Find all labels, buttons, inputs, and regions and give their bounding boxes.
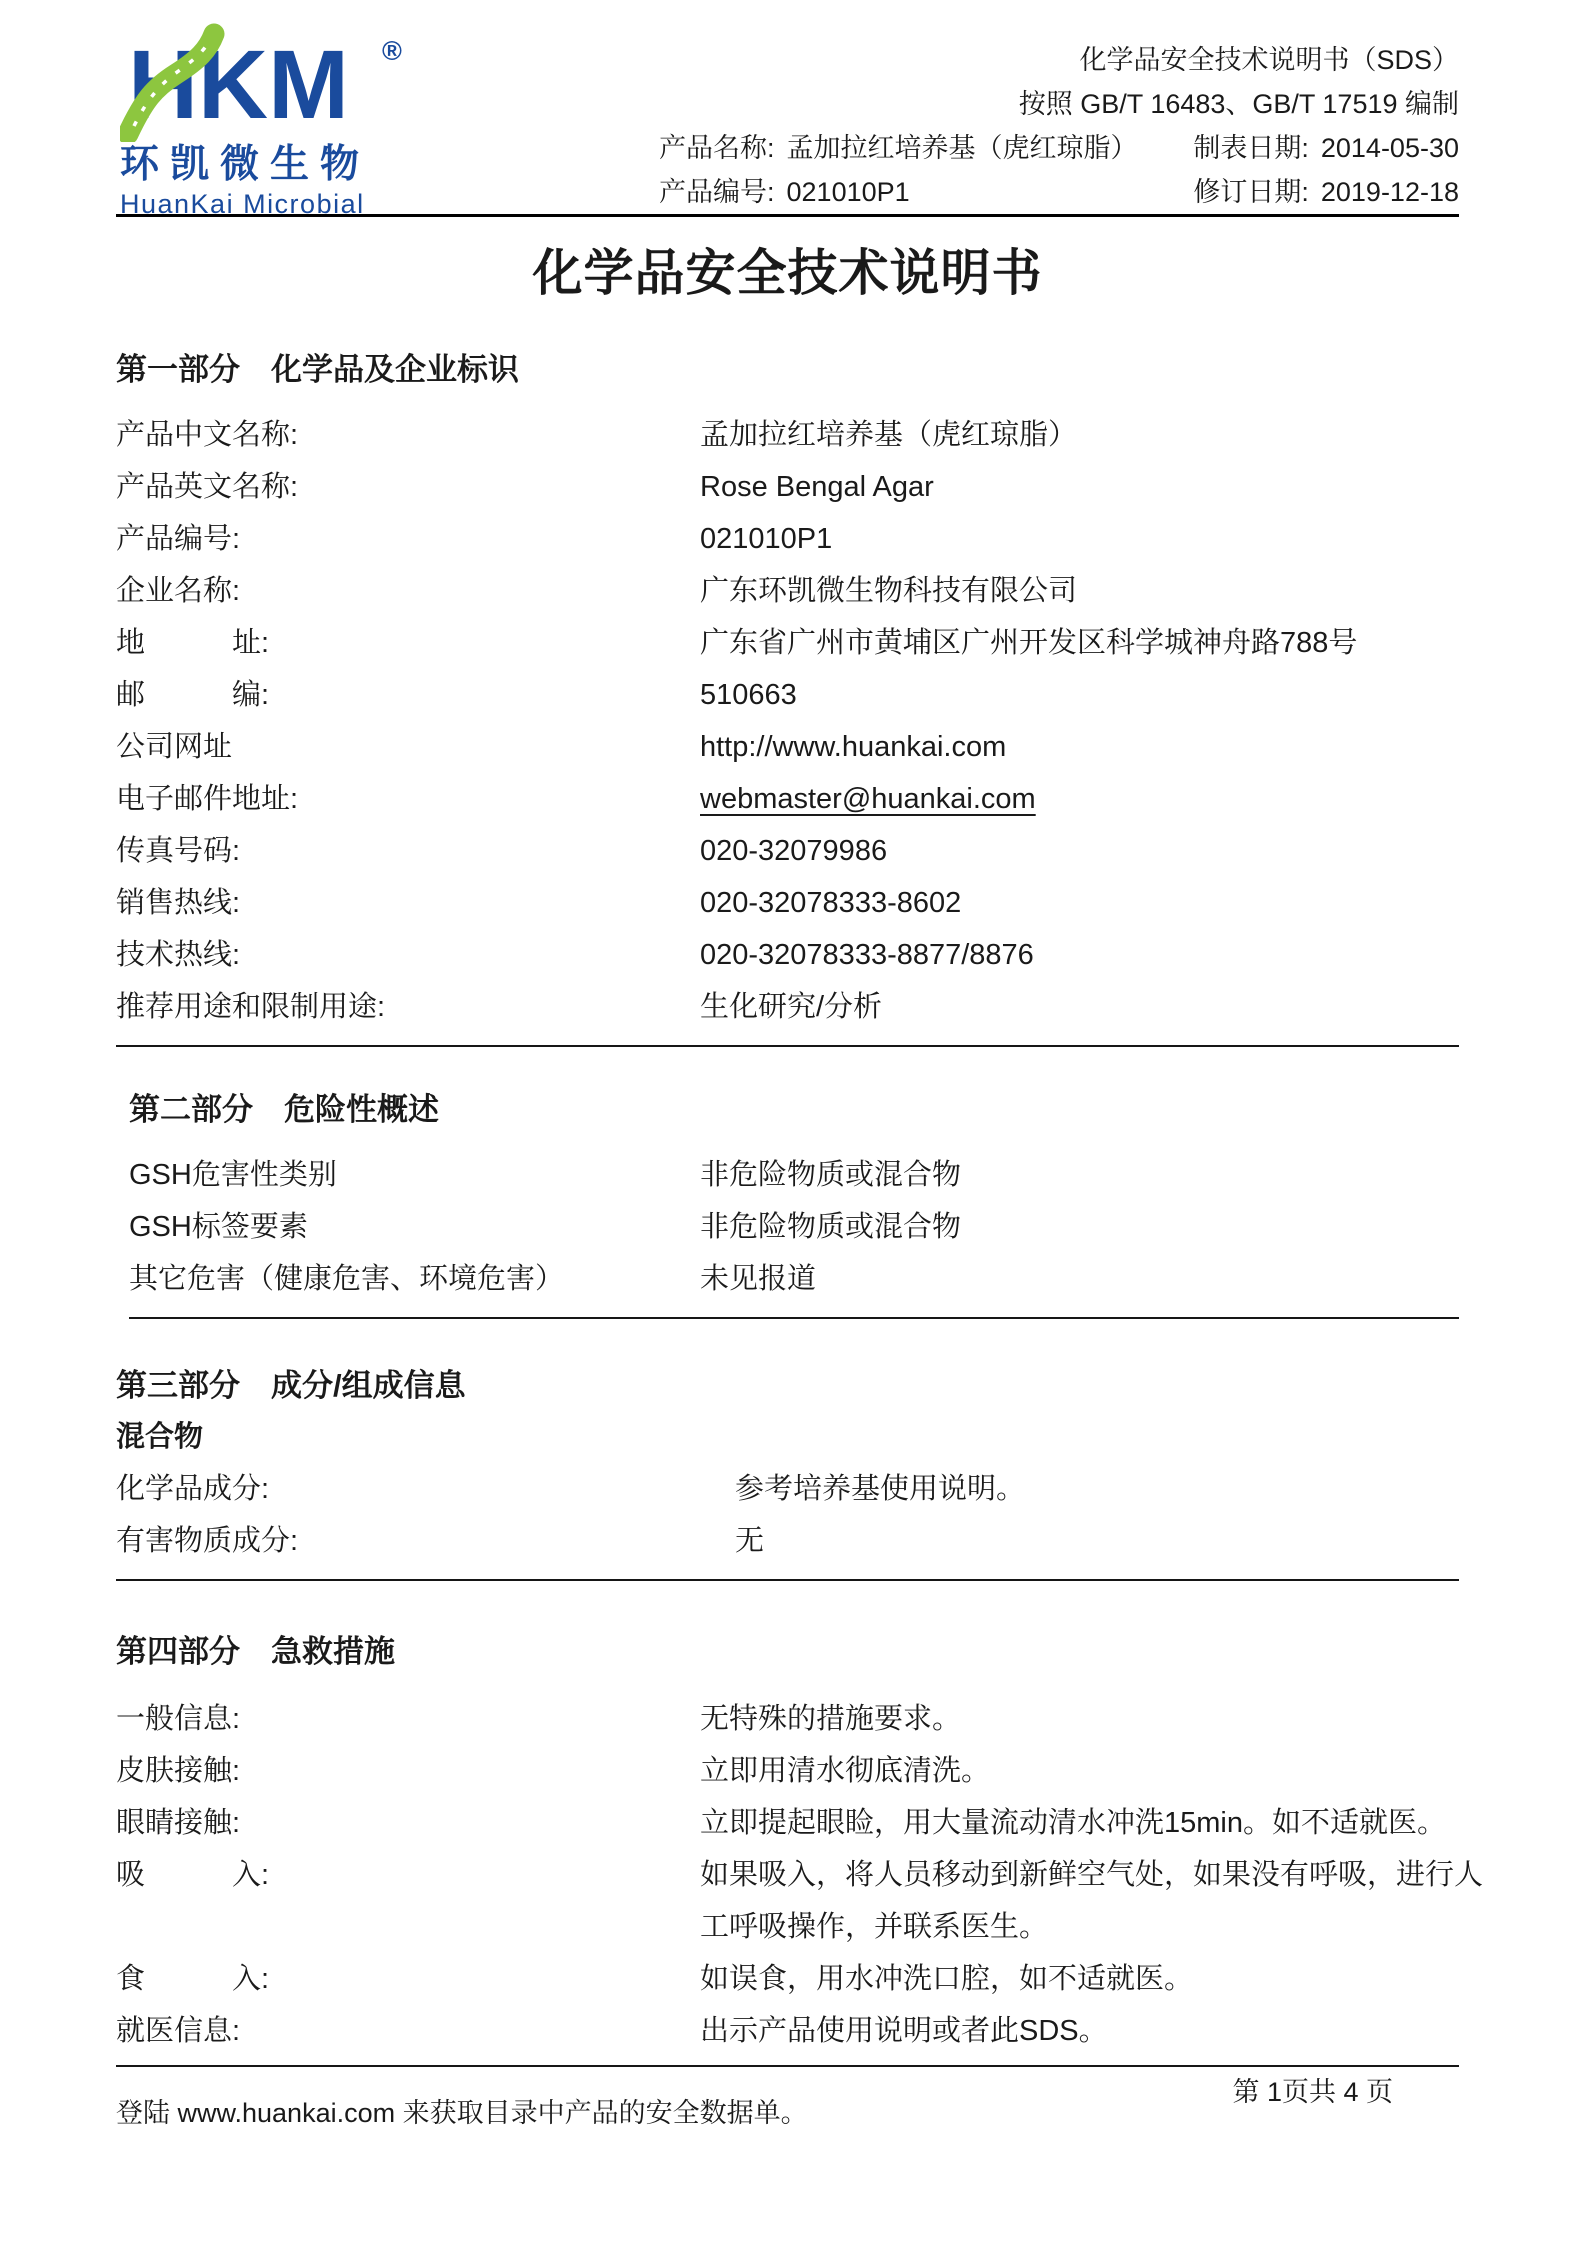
field-row: 销售热线: 020-32078333-8602 xyxy=(116,877,1459,929)
field-label: 企业名称: xyxy=(116,565,700,617)
field-label: 吸 入: xyxy=(116,1849,700,1953)
field-label: 地 址: xyxy=(116,617,700,669)
email-link[interactable]: webmaster@huankai.com xyxy=(700,773,1036,825)
revise-date-label: 修订日期: xyxy=(1193,177,1309,207)
field-row: 有害物质成分: 无 xyxy=(116,1515,1459,1567)
section-divider xyxy=(116,1045,1459,1047)
page-title: 化学品安全技术说明书 xyxy=(116,243,1459,303)
field-row: 食 入: 如误食，用水冲洗口腔，如不适就医。 xyxy=(116,1953,1459,2005)
create-date-value: 2014-05-30 xyxy=(1321,133,1459,163)
section-composition-info: 第三部分 成分/组成信息 混合物 化学品成分: 参考培养基使用说明。 有害物质成… xyxy=(116,1365,1459,1581)
create-date-pair: 制表日期:2014-05-30 xyxy=(1193,126,1459,170)
field-value: 020-32079986 xyxy=(700,825,887,877)
registered-trademark-icon: ® xyxy=(382,36,402,66)
hkm-logo: HKM ® 环凯微生物 HuanKai Microbial xyxy=(120,22,440,220)
field-row: 技术热线: 020-32078333-8877/8876 xyxy=(116,929,1459,981)
field-row: 邮 编: 510663 xyxy=(116,669,1459,721)
field-value: 无特殊的措施要求。 xyxy=(700,1693,961,1745)
field-value: 020-32078333-8877/8876 xyxy=(700,929,1034,981)
product-name-pair: 产品名称:孟加拉红培养基（虎红琼脂） xyxy=(659,126,1138,170)
field-row: 地 址: 广东省广州市黄埔区广州开发区科学城神舟路788号 xyxy=(116,617,1459,669)
field-row: 产品中文名称: 孟加拉红培养基（虎红琼脂） xyxy=(116,409,1459,461)
field-row: 吸 入: 如果吸入，将人员移动到新鲜空气处，如果没有呼吸，进行人工呼吸操作，并联… xyxy=(116,1849,1459,1953)
product-code-value: 021010P1 xyxy=(787,177,910,207)
sds-document-page: HKM ® 环凯微生物 HuanKai Microbial 化学品安全技术说明书… xyxy=(0,0,1587,2245)
field-value: 021010P1 xyxy=(700,513,832,565)
field-label: 电子邮件地址: xyxy=(116,773,700,825)
footer-note: 登陆 www.huankai.com 来获取目录中产品的安全数据单。 xyxy=(116,2091,808,2130)
field-label: 有害物质成分: xyxy=(116,1515,735,1567)
header-meta: 化学品安全技术说明书（SDS） 按照 GB/T 16483、GB/T 17519… xyxy=(659,0,1459,214)
field-value: 参考培养基使用说明。 xyxy=(735,1463,1025,1515)
field-label: GSH危害性类别 xyxy=(129,1149,700,1201)
document-header: HKM ® 环凯微生物 HuanKai Microbial 化学品安全技术说明书… xyxy=(116,0,1459,217)
field-row: 化学品成分: 参考培养基使用说明。 xyxy=(116,1463,1459,1515)
section-heading: 第一部分 化学品及企业标识 xyxy=(116,349,1459,391)
field-label: 产品英文名称: xyxy=(116,461,700,513)
field-value: 立即用清水彻底清洗。 xyxy=(700,1745,990,1797)
create-date-label: 制表日期: xyxy=(1193,133,1309,163)
field-row: 眼睛接触: 立即提起眼睑，用大量流动清水冲洗15min。如不适就医。 xyxy=(116,1797,1459,1849)
field-value: 广东环凯微生物科技有限公司 xyxy=(700,565,1077,617)
field-row: 公司网址 http://www.huankai.com xyxy=(116,721,1459,773)
field-value: 无 xyxy=(735,1515,764,1567)
product-code-pair: 产品编号:021010P1 xyxy=(659,170,910,214)
field-label: 其它危害（健康危害、环境危害） xyxy=(129,1253,700,1305)
field-row: 其它危害（健康危害、环境危害） 未见报道 xyxy=(129,1253,1459,1305)
page-number: 第 1页共 4 页 xyxy=(1232,2070,1393,2109)
section-divider xyxy=(116,1579,1459,1581)
field-label: 皮肤接触: xyxy=(116,1745,700,1797)
field-row: GSH危害性类别 非危险物质或混合物 xyxy=(129,1149,1459,1201)
field-row: GSH标签要素 非危险物质或混合物 xyxy=(129,1201,1459,1253)
field-value: 如误食，用水冲洗口腔，如不适就医。 xyxy=(700,1953,1193,2005)
revise-date-pair: 修订日期:2019-12-18 xyxy=(1193,170,1459,214)
field-row: 一般信息: 无特殊的措施要求。 xyxy=(116,1693,1459,1745)
section-heading: 第三部分 成分/组成信息 xyxy=(116,1365,1459,1407)
section-company-identification: 第一部分 化学品及企业标识 产品中文名称: 孟加拉红培养基（虎红琼脂） 产品英文… xyxy=(116,349,1459,1047)
brand-name-en: HuanKai Microbial xyxy=(120,188,440,220)
doc-type: 化学品安全技术说明书（SDS） xyxy=(659,38,1459,82)
field-label: 推荐用途和限制用途: xyxy=(116,981,700,1033)
brand-name-cn: 环凯微生物 xyxy=(120,142,440,188)
field-label: 化学品成分: xyxy=(116,1463,735,1515)
section-hazard-overview: 第二部分 危险性概述 GSH危害性类别 非危险物质或混合物 GSH标签要素 非危… xyxy=(116,1089,1459,1319)
field-row: 传真号码: 020-32079986 xyxy=(116,825,1459,877)
field-value: 020-32078333-8602 xyxy=(700,877,961,929)
field-row: 产品英文名称: Rose Bengal Agar xyxy=(116,461,1459,513)
section-divider xyxy=(129,1317,1459,1319)
field-label: 就医信息: xyxy=(116,2005,700,2057)
field-value: 孟加拉红培养基（虎红琼脂） xyxy=(700,409,1077,461)
field-value: 非危险物质或混合物 xyxy=(700,1201,961,1253)
product-name-value: 孟加拉红培养基（虎红琼脂） xyxy=(787,133,1138,163)
section-first-aid: 第四部分 急救措施 一般信息: 无特殊的措施要求。 皮肤接触: 立即用清水彻底清… xyxy=(116,1631,1459,2057)
field-label: 邮 编: xyxy=(116,669,700,721)
field-row: 推荐用途和限制用途: 生化研究/分析 xyxy=(116,981,1459,1033)
field-value: 出示产品使用说明或者此SDS。 xyxy=(700,2005,1108,2057)
field-label: 食 入: xyxy=(116,1953,700,2005)
field-row: 企业名称: 广东环凯微生物科技有限公司 xyxy=(116,565,1459,617)
hkm-logo-mark: HKM ® xyxy=(120,22,430,142)
field-label: 公司网址 xyxy=(116,721,700,773)
field-row: 皮肤接触: 立即用清水彻底清洗。 xyxy=(116,1745,1459,1797)
field-value: 510663 xyxy=(700,669,797,721)
field-label: 技术热线: xyxy=(116,929,700,981)
field-label: 眼睛接触: xyxy=(116,1797,700,1849)
section-subheading: 混合物 xyxy=(116,1415,1459,1459)
section-heading: 第四部分 急救措施 xyxy=(116,1631,1459,1673)
field-label: 产品中文名称: xyxy=(116,409,700,461)
field-label: 销售热线: xyxy=(116,877,700,929)
field-label: 产品编号: xyxy=(116,513,700,565)
field-row: 产品编号: 021010P1 xyxy=(116,513,1459,565)
field-value: 生化研究/分析 xyxy=(700,981,882,1033)
field-value: Rose Bengal Agar xyxy=(700,461,934,513)
field-row: 电子邮件地址: webmaster@huankai.com xyxy=(116,773,1459,825)
field-label: GSH标签要素 xyxy=(129,1201,700,1253)
field-row: 就医信息: 出示产品使用说明或者此SDS。 xyxy=(116,2005,1459,2057)
page-footer: 登陆 www.huankai.com 来获取目录中产品的安全数据单。 第 1页共… xyxy=(116,2065,1459,2130)
field-value: 非危险物质或混合物 xyxy=(700,1149,961,1201)
product-code-label: 产品编号: xyxy=(659,177,775,207)
revise-date-value: 2019-12-18 xyxy=(1321,177,1459,207)
product-name-label: 产品名称: xyxy=(659,133,775,163)
field-value: 如果吸入，将人员移动到新鲜空气处，如果没有呼吸，进行人工呼吸操作，并联系医生。 xyxy=(700,1849,1495,1953)
website-url: http://www.huankai.com xyxy=(700,721,1006,773)
standard-note: 按照 GB/T 16483、GB/T 17519 编制 xyxy=(659,82,1459,126)
field-value: 立即提起眼睑，用大量流动清水冲洗15min。如不适就医。 xyxy=(700,1797,1446,1849)
field-value: 未见报道 xyxy=(700,1253,816,1305)
field-label: 传真号码: xyxy=(116,825,700,877)
section-heading: 第二部分 危险性概述 xyxy=(129,1089,1459,1131)
field-value: 广东省广州市黄埔区广州开发区科学城神舟路788号 xyxy=(700,617,1357,669)
field-label: 一般信息: xyxy=(116,1693,700,1745)
